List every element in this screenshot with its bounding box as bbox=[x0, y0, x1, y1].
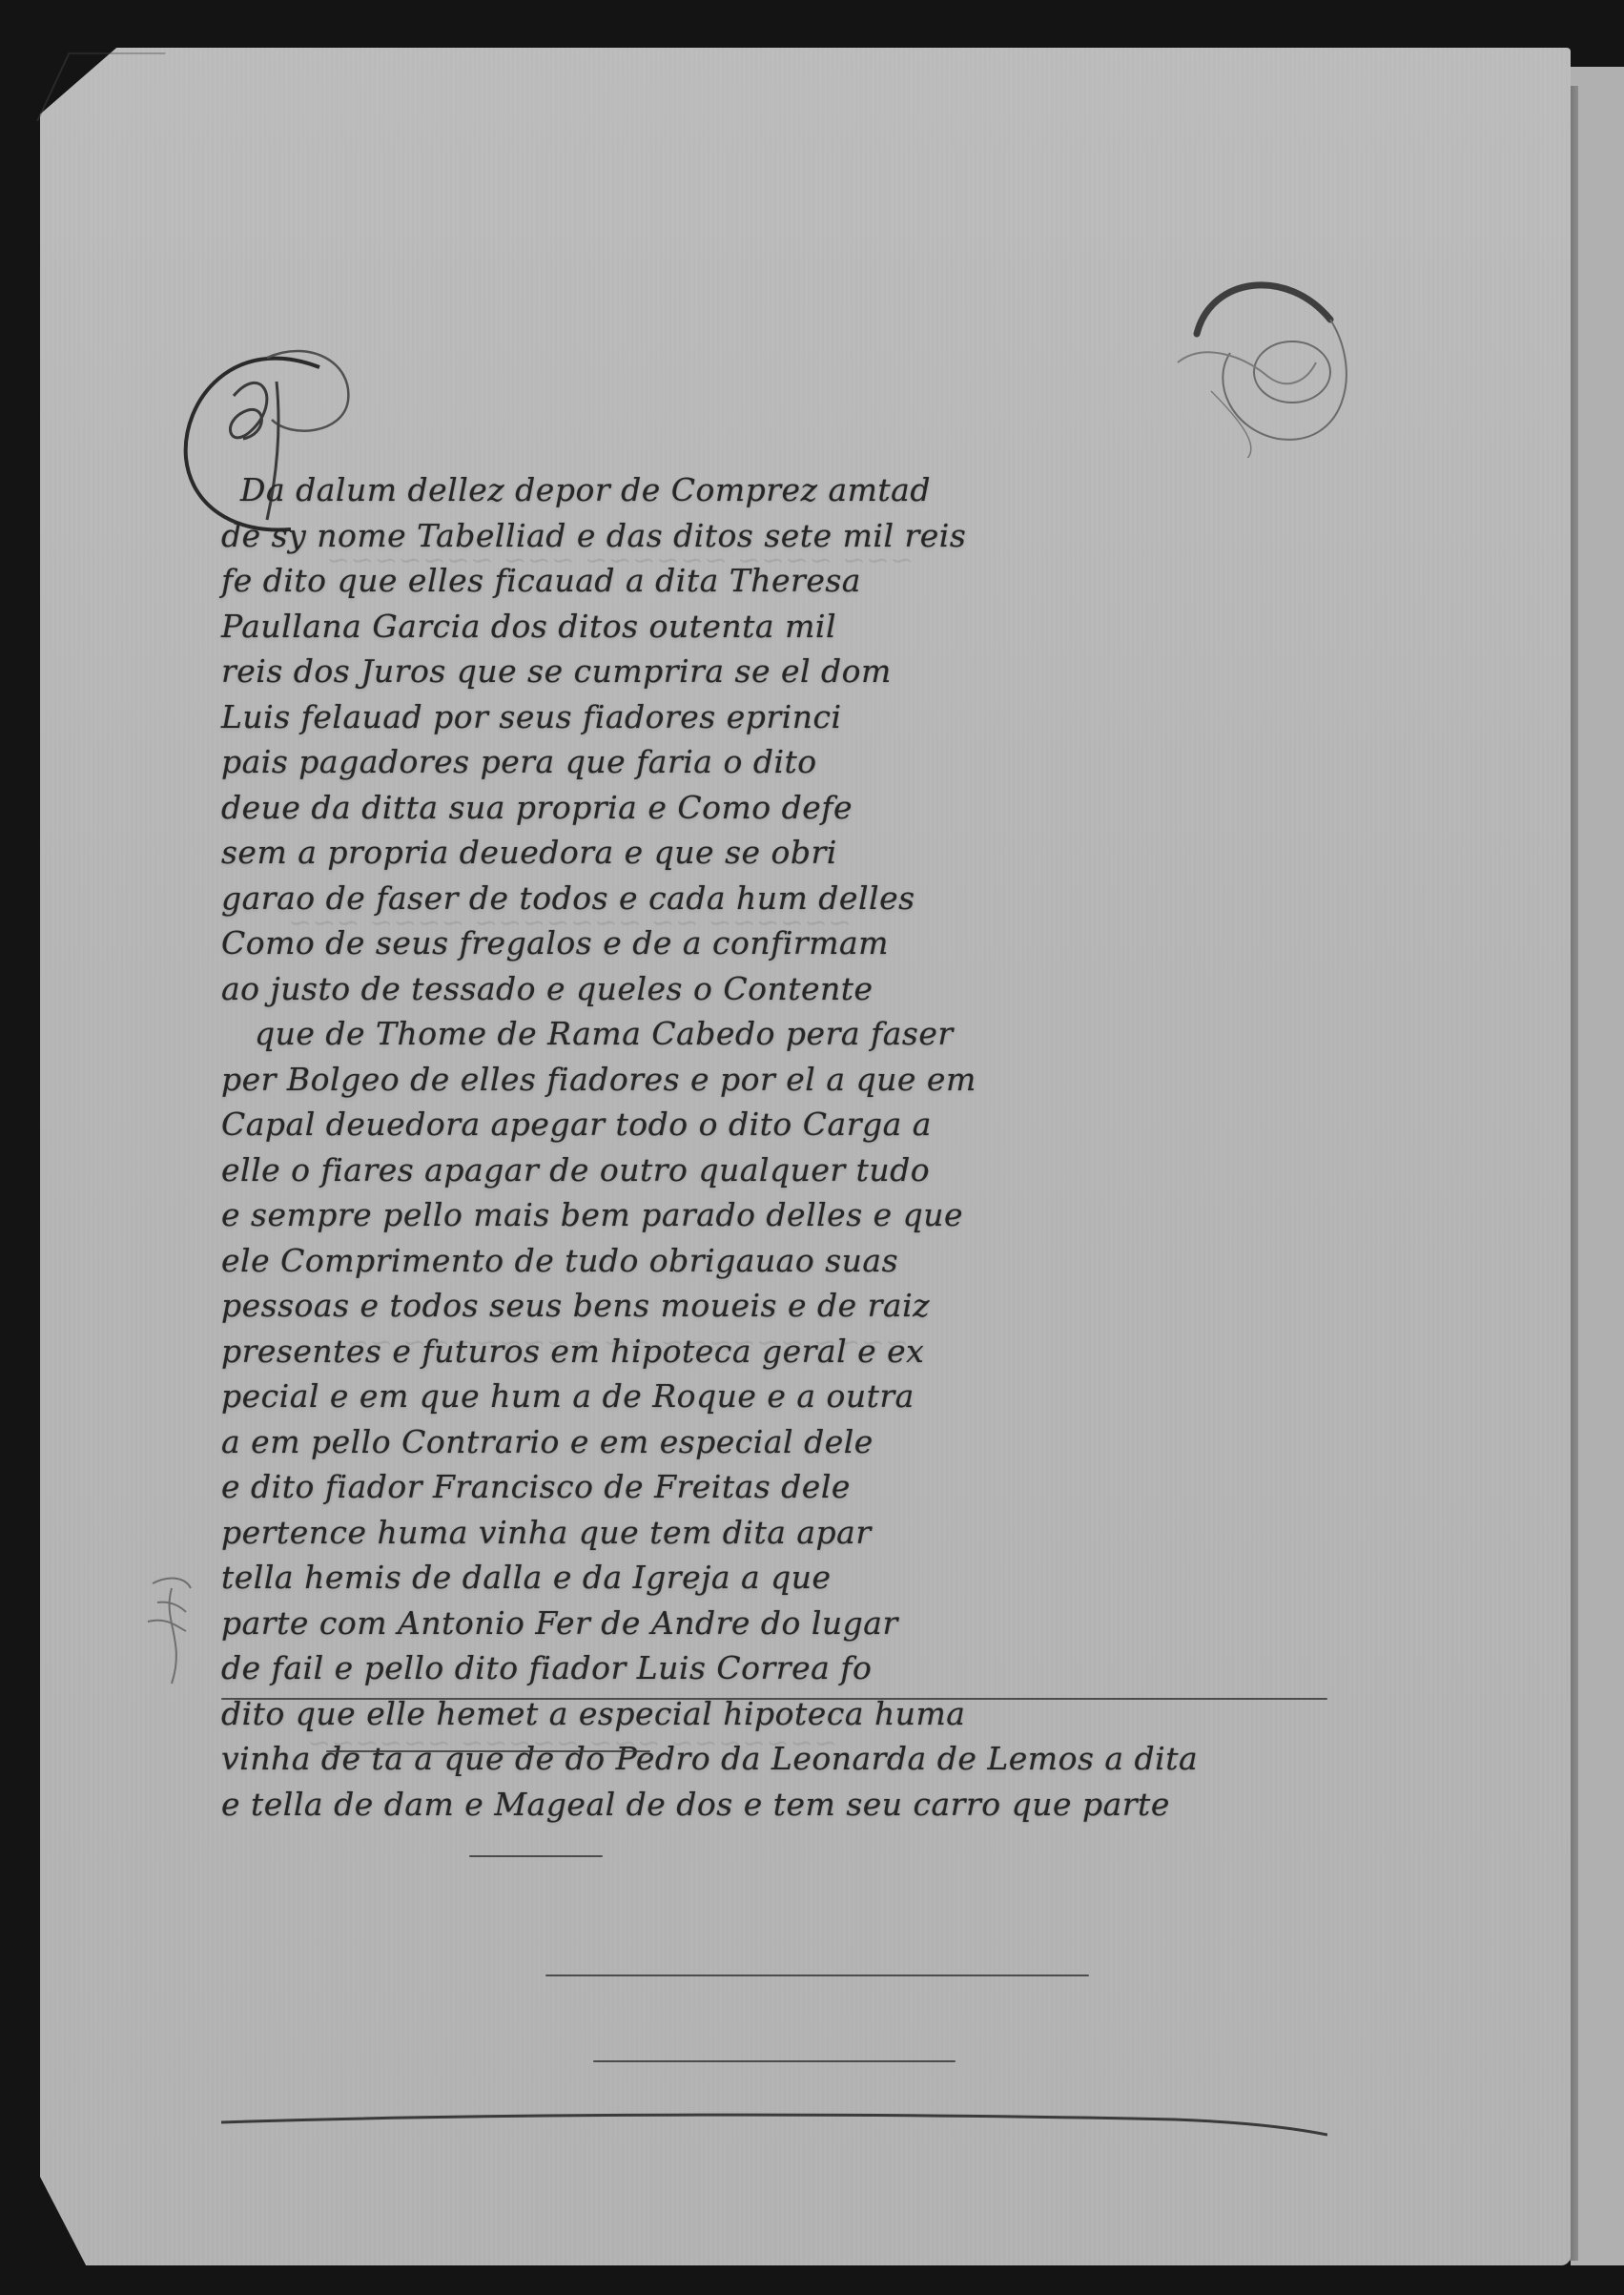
manuscript-line: pecial e em que hum a de Roque e a outra bbox=[221, 1374, 1327, 1419]
manuscript-line: Da dalum dellez depor de Comprez amtad bbox=[221, 467, 1327, 513]
manuscript-line: ao justo de tessado e queles o Contente bbox=[221, 966, 1327, 1012]
manuscript-line: sem a propria deuedora e que se obri bbox=[221, 830, 1327, 876]
manuscript-line: parte com Antonio Fer de Andre do lugar bbox=[221, 1601, 1327, 1646]
manuscript-line: Luis felauad por seus fiadores eprinci bbox=[221, 694, 1327, 740]
manuscript-line: de fail e pello dito fiador Luis Correa … bbox=[221, 1645, 1327, 1691]
margin-rubric-mark bbox=[134, 1564, 200, 1688]
manuscript-line: e dito fiador Francisco de Freitas dele bbox=[221, 1464, 1327, 1510]
manuscript-line: reis dos Juros que se cumprira se el dom bbox=[221, 649, 1327, 694]
underline-rule bbox=[221, 1698, 1327, 1700]
underline-rule bbox=[469, 1855, 603, 1857]
closing-rule bbox=[221, 2108, 1327, 2137]
manuscript-line: e tella de dam e Mageal de dos e tem seu… bbox=[221, 1782, 1327, 1828]
manuscript-line: a em pello Contrario e em especial dele bbox=[221, 1419, 1327, 1465]
paraph-flourish bbox=[1173, 267, 1383, 458]
manuscript-line: Capal deuedora apegar todo o dito Carga … bbox=[221, 1102, 1327, 1147]
manuscript-line: garao de faser de todos e cada hum delle… bbox=[221, 876, 1327, 921]
next-page-edge bbox=[1571, 67, 1624, 2265]
underline-rule bbox=[326, 1750, 650, 1752]
manuscript-line: deue da ditta sua propria e Como defe bbox=[221, 785, 1327, 831]
manuscript-body: Da dalum dellez depor de Comprez amtad d… bbox=[221, 467, 1327, 1827]
manuscript-line: pais pagadores pera que faria o dito bbox=[221, 739, 1327, 785]
manuscript-line: presentes e futuros em hipoteca geral e … bbox=[221, 1329, 1327, 1375]
manuscript-line: fe dito que elles ficauad a dita Theresa bbox=[221, 558, 1327, 604]
manuscript-scan: ~~~ ~~~~ ~~~~~~ ~~~ ~~~~~~~ ~~~~~~ ~~ ~~… bbox=[0, 0, 1624, 2295]
underline-rule bbox=[545, 1975, 1089, 1976]
manuscript-line: e sempre pello mais bem parado delles e … bbox=[221, 1192, 1327, 1238]
manuscript-line: ele Comprimento de tudo obrigauao suas bbox=[221, 1238, 1327, 1284]
manuscript-line: per Bolgeo de elles fiadores e por el a … bbox=[221, 1057, 1327, 1103]
manuscript-line: Paullana Garcia dos ditos outenta mil bbox=[221, 604, 1327, 650]
manuscript-line: pessoas e todos seus bens moueis e de ra… bbox=[221, 1283, 1327, 1329]
manuscript-line: pertence huma vinha que tem dita apar bbox=[221, 1510, 1327, 1556]
manuscript-line: Como de seus fregalos e de a confirmam bbox=[221, 920, 1327, 966]
manuscript-line: que de Thome de Rama Cabedo pera faser bbox=[221, 1011, 1327, 1057]
manuscript-line: tella hemis de dalla e da Igreja a que bbox=[221, 1555, 1327, 1601]
manuscript-line: de sy nome Tabelliad e das ditos sete mi… bbox=[221, 513, 1327, 559]
underline-rule bbox=[593, 2060, 956, 2062]
manuscript-line: vinha de ta a que de do Pedro da Leonard… bbox=[221, 1736, 1327, 1782]
manuscript-line: elle o fiares apagar de outro qualquer t… bbox=[221, 1147, 1327, 1193]
